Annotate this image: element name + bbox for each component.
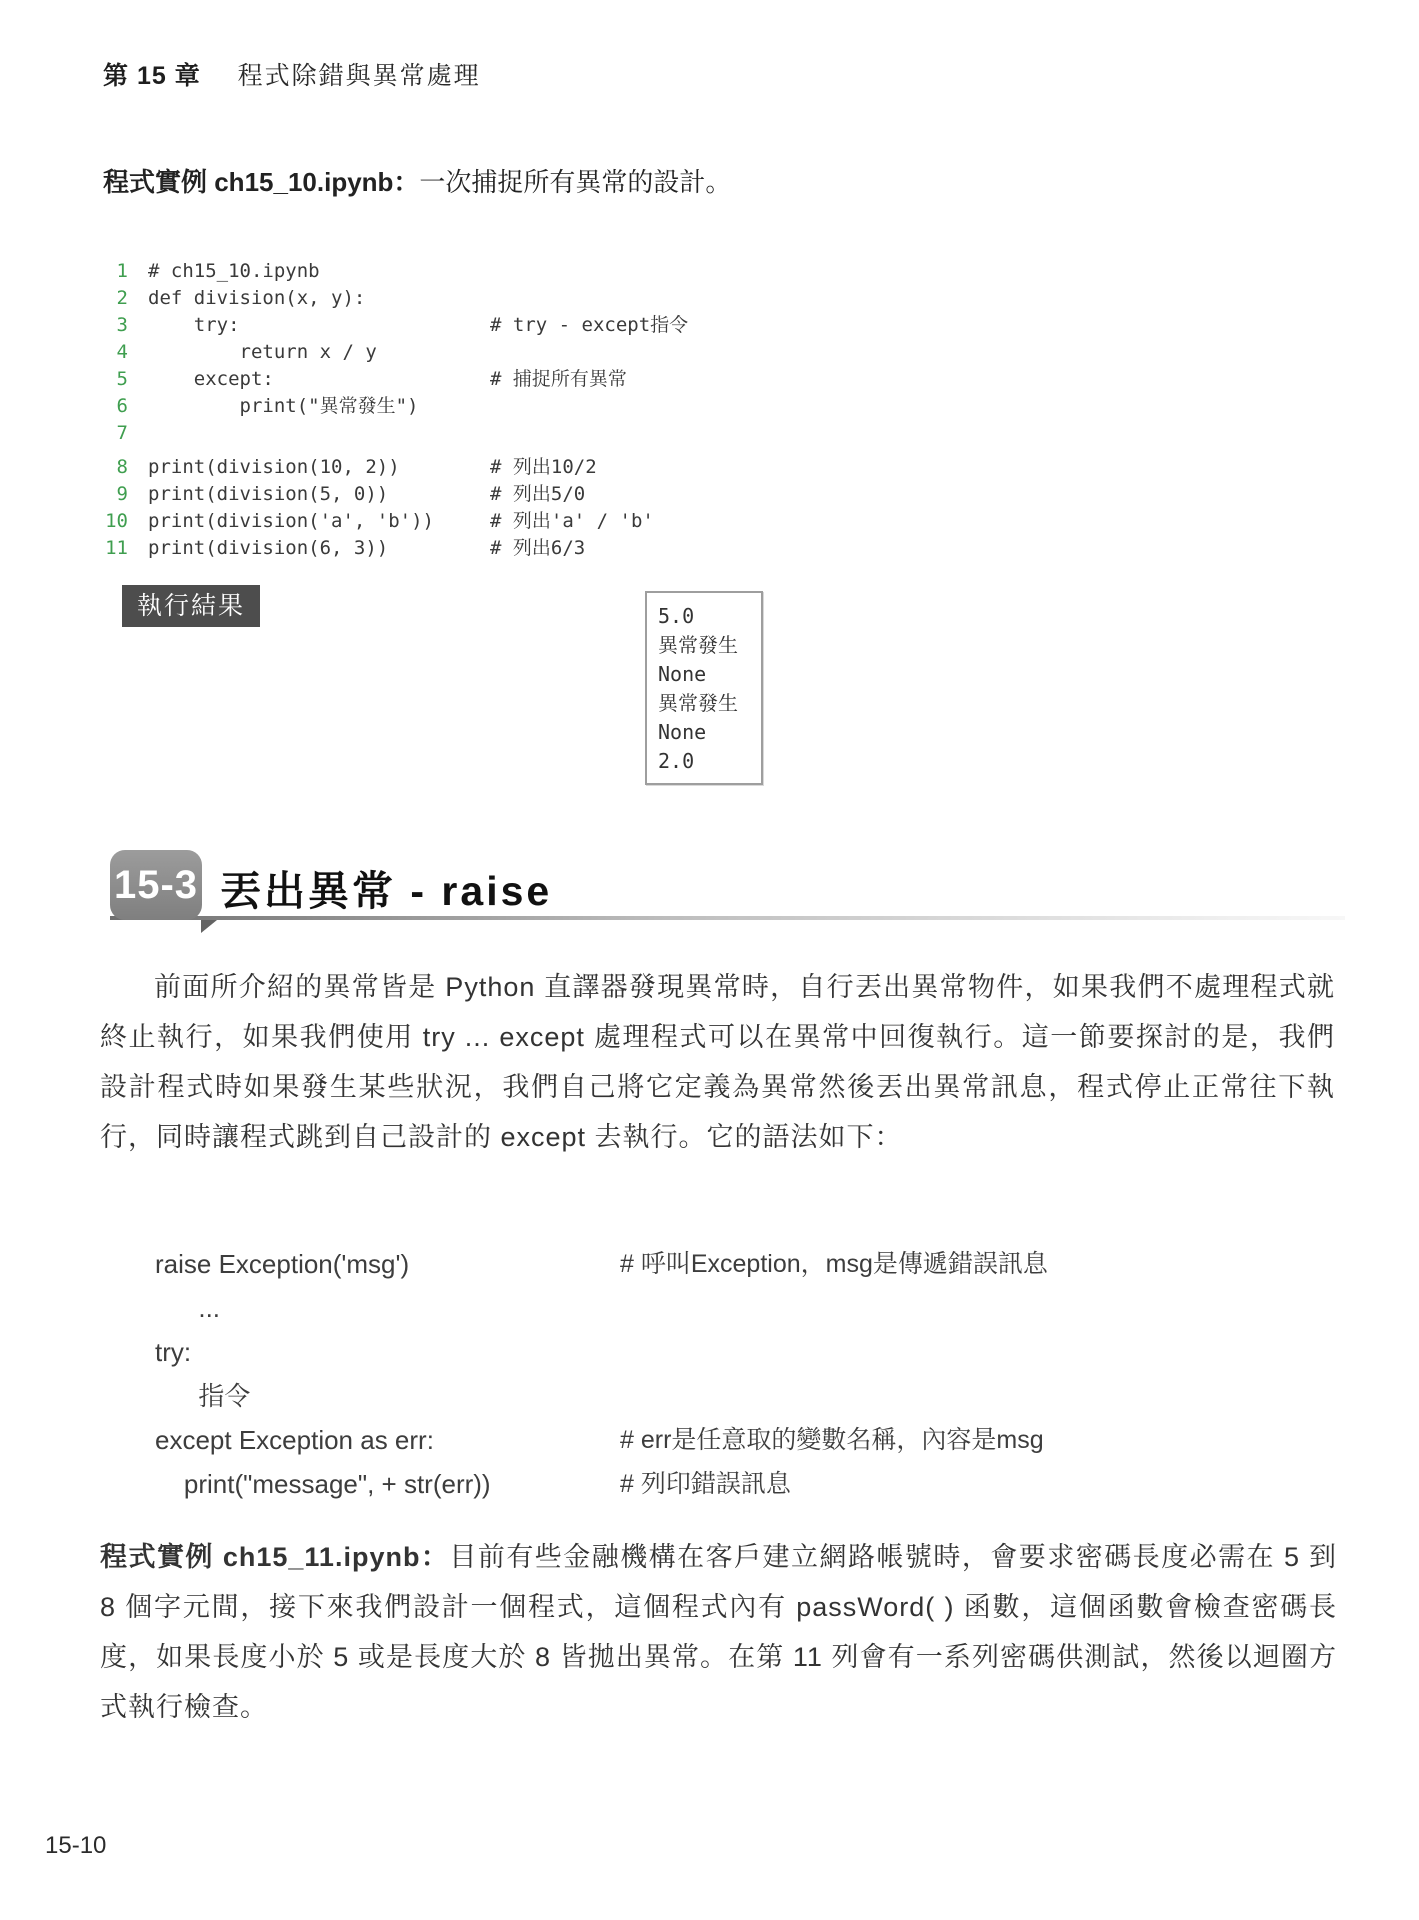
- code-comment: # 列出'a' / 'b': [490, 508, 654, 535]
- line-number: 6: [100, 393, 128, 420]
- syntax-line: ...: [155, 1286, 1048, 1330]
- code-line: 7: [100, 420, 688, 447]
- syntax-code: raise Exception('msg'): [155, 1242, 620, 1286]
- code-line: 11print(division(6, 3))# 列出6/3: [100, 535, 688, 562]
- syntax-code: try:: [155, 1330, 620, 1374]
- syntax-code: 指令: [155, 1374, 620, 1418]
- book-page: 第 15 章 程式除錯與異常處理 程式實例 ch15_10.ipynb：一次捕捉…: [0, 0, 1419, 1920]
- section-badge-tail: [201, 920, 217, 933]
- output-line: None: [658, 660, 751, 689]
- code-line: 10print(division('a', 'b'))# 列出'a' / 'b': [100, 508, 688, 535]
- body-paragraph: 前面所介紹的異常皆是 Python 直譯器發現異常時，自行丟出異常物件，如果我們…: [100, 962, 1335, 1162]
- code-text: # ch15_10.ipynb: [148, 258, 490, 285]
- code-comment: # 列出6/3: [490, 535, 585, 562]
- code-line: 9print(division(5, 0))# 列出5/0: [100, 481, 688, 508]
- syntax-code: ...: [155, 1286, 620, 1330]
- example11-label: 程式實例 ch15_11.ipynb：: [100, 1542, 449, 1572]
- code-text: print("異常發生"): [148, 393, 490, 420]
- line-number: 4: [100, 339, 128, 366]
- code-line: 1# ch15_10.ipynb: [100, 258, 688, 285]
- syntax-example: raise Exception('msg')# 呼叫Exception，msg是…: [155, 1242, 1048, 1506]
- output-line: None: [658, 718, 751, 747]
- section-title: 丟出異常 - raise: [220, 858, 552, 917]
- syntax-code: except Exception as err:: [155, 1418, 620, 1462]
- code-comment: # 列出10/2: [490, 454, 597, 481]
- syntax-comment: # err是任意取的變數名稱，內容是msg: [620, 1418, 1044, 1462]
- example10-caption: 程式實例 ch15_10.ipynb：一次捕捉所有異常的設計。: [103, 162, 731, 199]
- line-number: 5: [100, 366, 128, 393]
- syntax-code: print("message", + str(err)): [155, 1462, 620, 1506]
- line-number: 1: [100, 258, 128, 285]
- syntax-comment: # 呼叫Exception，msg是傳遞錯誤訊息: [620, 1242, 1048, 1286]
- line-number: 3: [100, 312, 128, 339]
- code-comment: # try - except指令: [490, 312, 688, 339]
- section-number-badge: 15-3: [110, 850, 202, 920]
- example11-caption: 程式實例 ch15_11.ipynb：目前有些金融機構在客戶建立網路帳號時，會要…: [100, 1532, 1337, 1732]
- code-text: print(division('a', 'b')): [148, 508, 490, 535]
- syntax-comment: # 列印錯誤訊息: [620, 1462, 791, 1506]
- syntax-line: except Exception as err:# err是任意取的變數名稱，內…: [155, 1418, 1048, 1462]
- code-listing: 1# ch15_10.ipynb 2def division(x, y): 3 …: [100, 258, 688, 562]
- execution-result-badge: 執行結果: [122, 585, 260, 627]
- output-line: 2.0: [658, 747, 751, 776]
- program-output-box: 5.0 異常發生 None 異常發生 None 2.0: [645, 591, 763, 785]
- syntax-line: 指令: [155, 1374, 1048, 1418]
- example10-description: 一次捕捉所有異常的設計。: [419, 167, 731, 197]
- line-number: 10: [100, 508, 128, 535]
- code-line: 2def division(x, y):: [100, 285, 688, 312]
- chapter-title: 程式除錯與異常處理: [238, 62, 481, 90]
- code-text: [148, 420, 490, 447]
- code-comment: # 捕捉所有異常: [490, 366, 627, 393]
- code-text: print(division(6, 3)): [148, 535, 490, 562]
- syntax-line: raise Exception('msg')# 呼叫Exception，msg是…: [155, 1242, 1048, 1286]
- syntax-line: print("message", + str(err))# 列印錯誤訊息: [155, 1462, 1048, 1506]
- section-number: 15-3: [114, 863, 198, 908]
- line-number: 8: [100, 454, 128, 481]
- page-number: 15-10: [45, 1832, 106, 1860]
- output-line: 異常發生: [658, 689, 751, 718]
- code-text: return x / y: [148, 339, 490, 366]
- code-comment: # 列出5/0: [490, 481, 585, 508]
- code-line: 4 return x / y: [100, 339, 688, 366]
- syntax-line: try:: [155, 1330, 1048, 1374]
- code-text: def division(x, y):: [148, 285, 490, 312]
- example10-label: 程式實例 ch15_10.ipynb：: [103, 167, 419, 197]
- chapter-header: 第 15 章 程式除錯與異常處理: [103, 56, 481, 92]
- output-line: 異常發生: [658, 631, 751, 660]
- code-text: print(division(5, 0)): [148, 481, 490, 508]
- code-text: try:: [148, 312, 490, 339]
- code-text: print(division(10, 2)): [148, 454, 490, 481]
- line-number: 2: [100, 285, 128, 312]
- line-number: 11: [100, 535, 128, 562]
- output-line: 5.0: [658, 602, 751, 631]
- chapter-number: 第 15 章: [103, 62, 201, 90]
- code-line: 5 except:# 捕捉所有異常: [100, 366, 688, 393]
- code-line: 6 print("異常發生"): [100, 393, 688, 420]
- code-text: except:: [148, 366, 490, 393]
- line-number: 7: [100, 420, 128, 447]
- code-line: 8print(division(10, 2))# 列出10/2: [100, 454, 688, 481]
- code-line: 3 try:# try - except指令: [100, 312, 688, 339]
- line-number: 9: [100, 481, 128, 508]
